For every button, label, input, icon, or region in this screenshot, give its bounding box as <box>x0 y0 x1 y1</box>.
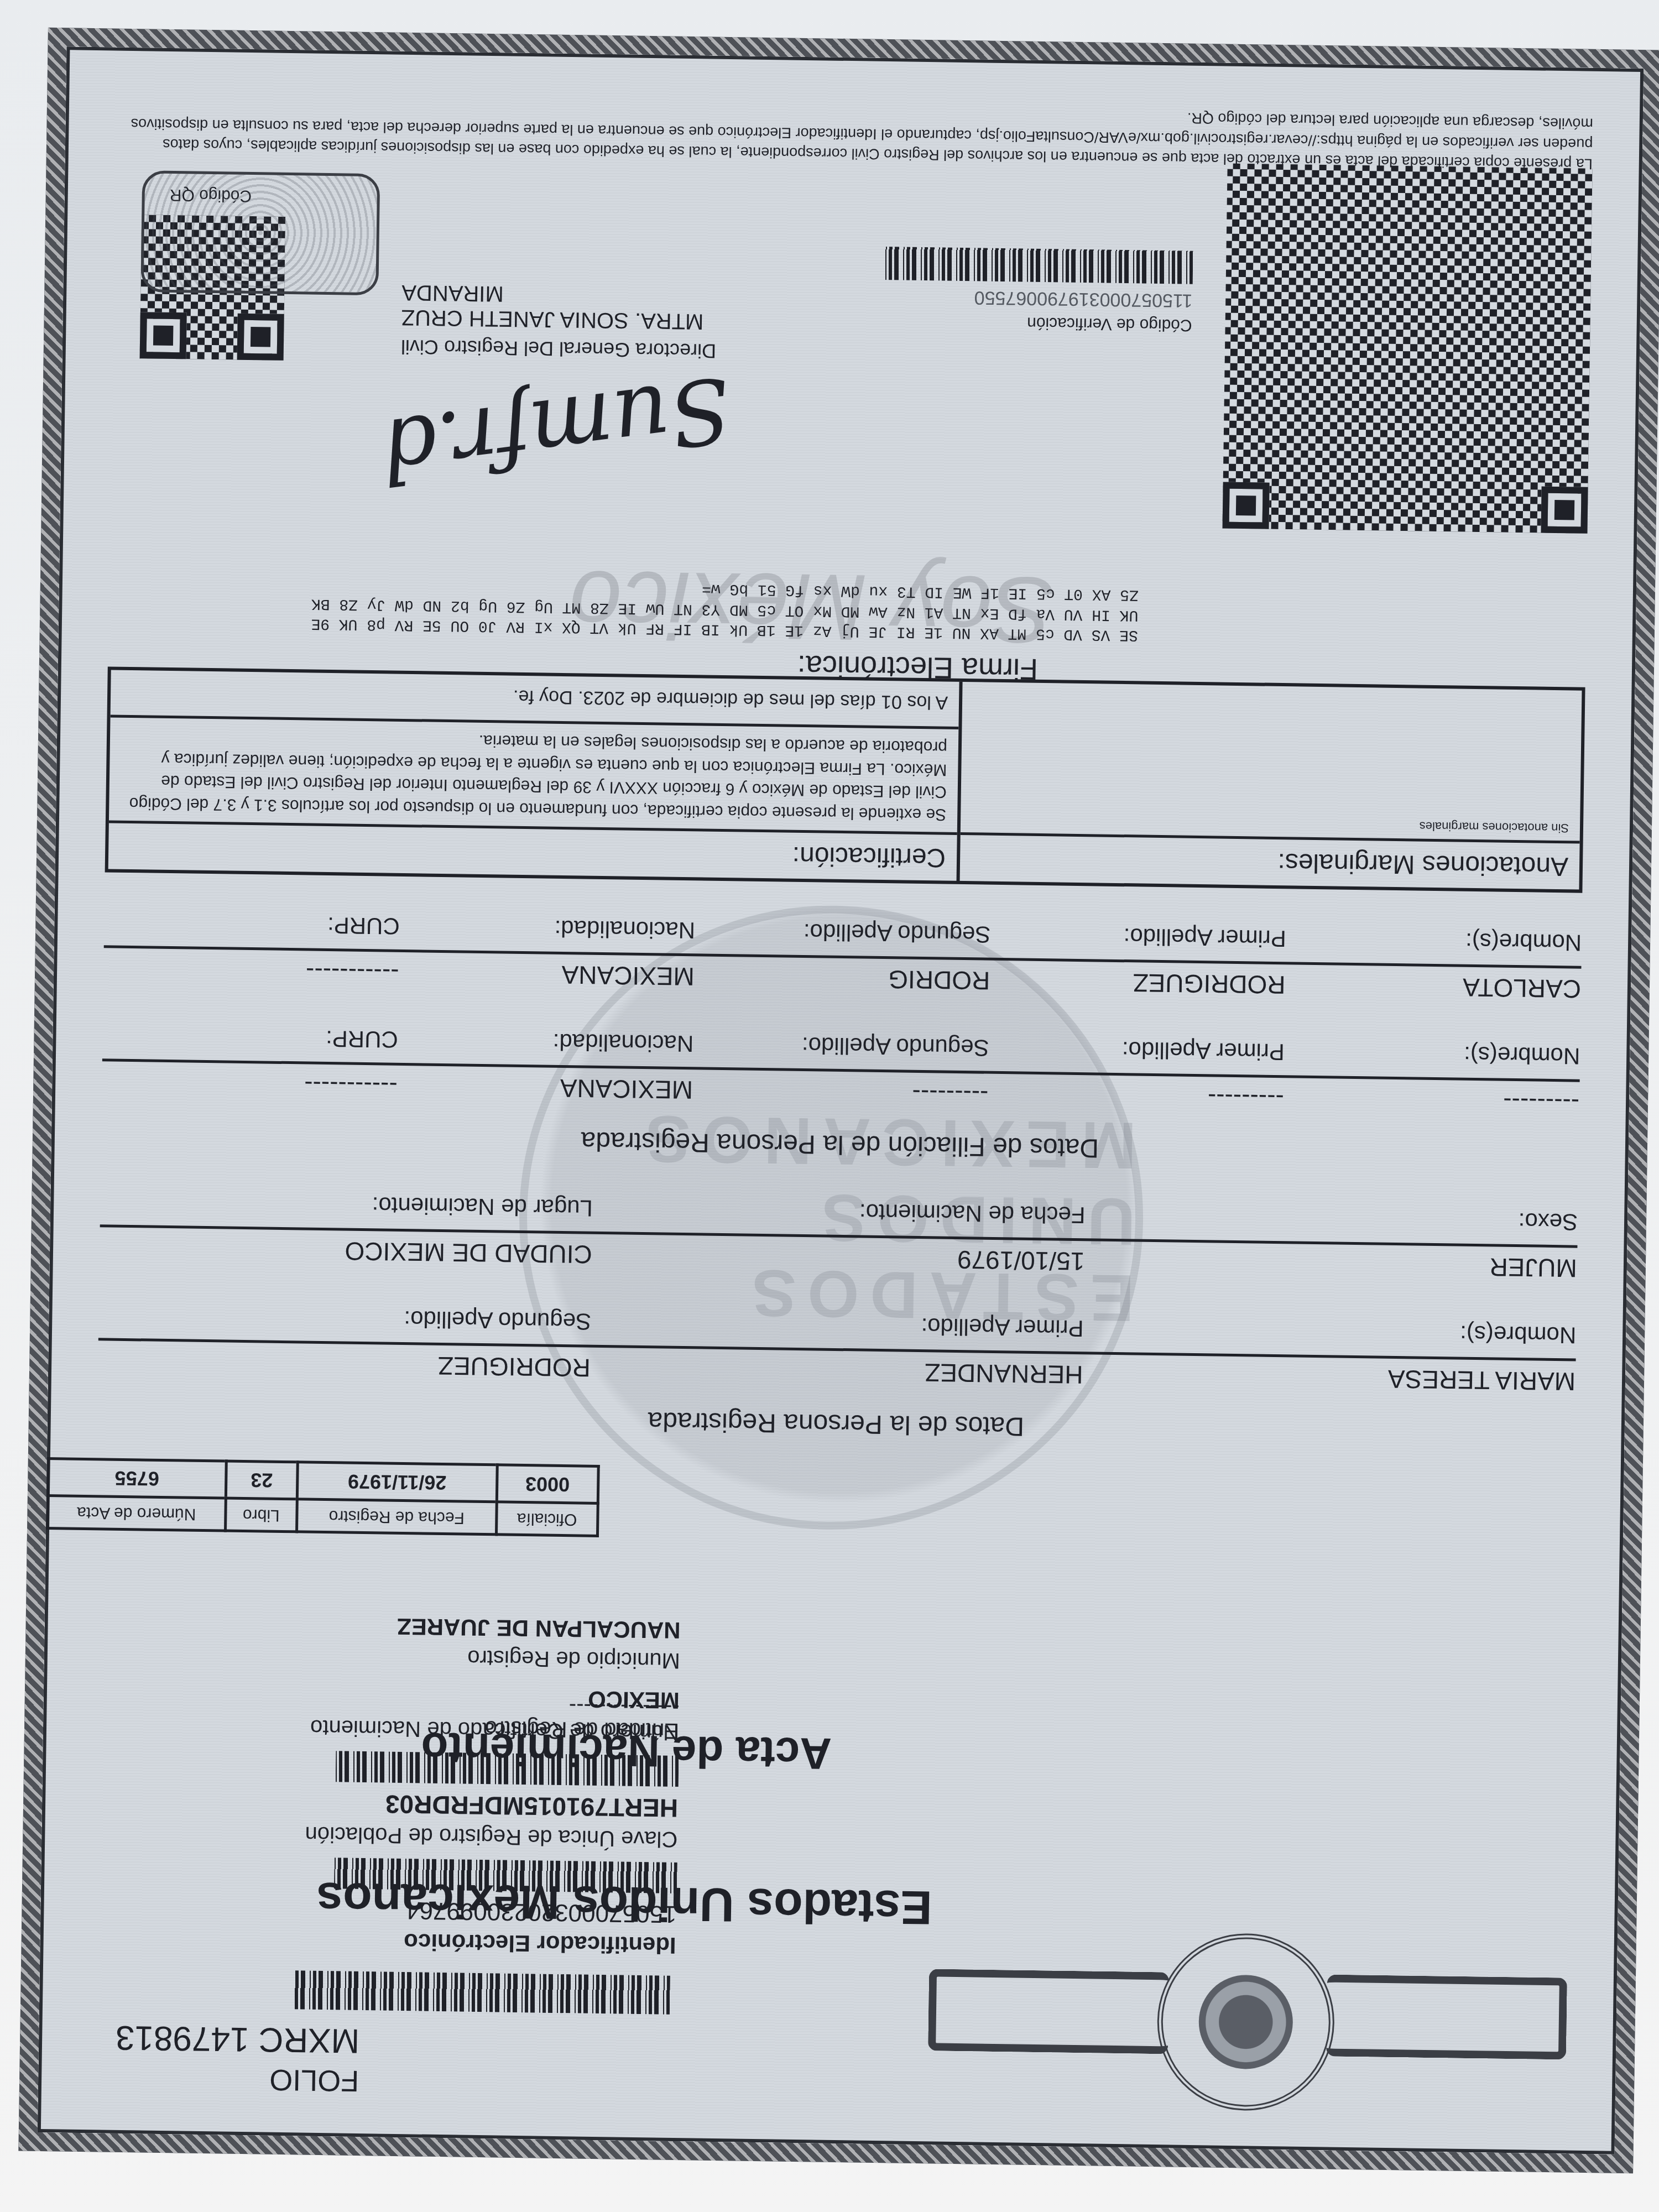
municipality-value: NAUCALPAN DE JUAREZ <box>44 1608 681 1644</box>
birth-certificate-sheet: ESTADOS UNIDOS MEXICANOS Soy México FOLI… <box>18 28 1659 2173</box>
annotations-box: Anotaciones Marginales: Sin anotaciones … <box>105 666 1585 893</box>
person-lugar-nacimiento: CIUDAD DE MEXICO <box>100 1233 592 1269</box>
coat-of-arms-icon <box>1156 1932 1335 2111</box>
table-header: Número de Acta <box>48 1496 226 1531</box>
person-primer-apellido: HERNANDEZ <box>590 1353 1083 1390</box>
folio-value: MXRC 1479813 <box>88 2017 360 2060</box>
person-fecha-nacimiento: 15/10/1979 <box>592 1240 1084 1276</box>
parent1-nacionalidad: MEXICANA <box>397 1071 693 1105</box>
parent2-segundo-apellido: RODRIG <box>695 962 990 995</box>
nombres-label: Nombre(s): <box>1285 1039 1580 1069</box>
person-sexo: MUJER <box>1084 1246 1577 1283</box>
nacionalidad-label: Nacionalidad: <box>398 1026 694 1057</box>
electronic-id-barcode-icon <box>334 1858 677 1893</box>
table-cell: 23 <box>226 1461 298 1499</box>
table-header: Oficialía <box>496 1502 598 1536</box>
legal-footer: La presente copia certificada del acta e… <box>115 93 1593 174</box>
table-cell: 0003 <box>497 1465 598 1504</box>
segundo-apellido-label: Segundo Apellido: <box>693 1030 989 1061</box>
director-name: MTRA. SONIA JANETH CRUZ MIRANDA <box>401 280 733 334</box>
verification-qr-code-icon <box>1223 164 1593 534</box>
certificacion-text: Se extiende la presente copia certificad… <box>109 714 959 832</box>
handwritten-signature-icon: Sumfr.d <box>395 357 737 501</box>
curp-label: CURP: <box>102 1022 398 1052</box>
curp-label: CURP: <box>104 909 400 939</box>
signature-block: Sumfr.d Directora General Del Registro C… <box>399 280 734 483</box>
parent1-segundo-apellido: --------- <box>693 1075 989 1109</box>
nombres-label: Nombre(s): <box>1083 1315 1576 1348</box>
registration-table: Oficialía Fecha de Registro Libro Número… <box>46 1457 600 1537</box>
entity-value: MEXICO <box>44 1678 680 1714</box>
firma-code: SE VS VD c5 MT AX NU 1E RI JE Uj Az 1E 1… <box>309 572 1139 644</box>
table-cell: 26/11/1979 <box>297 1462 497 1502</box>
person-section: Datos de la Persona Registrada MARIA TER… <box>97 870 1582 1457</box>
electronic-signature-block: Firma Electrónica: SE VS VD c5 MT AX NU … <box>142 570 1139 687</box>
segundo-apellido-label: Segundo Apellido: <box>98 1301 591 1334</box>
lugar-nacimiento-label: Lugar de Nacimiento: <box>100 1188 593 1221</box>
curp-value: HERT791015MDFRDR03 <box>42 1785 679 1823</box>
nacionalidad-label: Nacionalidad: <box>399 913 695 943</box>
segundo-apellido-label: Segundo Apellido: <box>695 917 991 947</box>
curp-barcode-icon <box>336 1751 679 1787</box>
person-nombres: MARIA TERESA <box>1083 1360 1575 1396</box>
parent2-nombres: CARLOTA <box>1285 970 1581 1004</box>
person-segundo-apellido: RODRIGUEZ <box>98 1346 591 1383</box>
table-header: Libro <box>225 1498 297 1532</box>
primer-apellido-label: Primer Apellido: <box>989 1035 1285 1065</box>
holographic-stamp-icon <box>140 170 380 295</box>
primer-apellido-label: Primer Apellido: <box>990 921 1286 952</box>
electronic-id-value: 15057000320230099764 <box>40 1891 677 1928</box>
parent2-curp: ----------- <box>103 953 399 987</box>
primer-apellido-label: Primer Apellido: <box>591 1308 1084 1342</box>
eagle-icon <box>1198 1974 1293 2069</box>
curp-label: Clave Única de Registro de Población <box>41 1818 678 1851</box>
folio-label: FOLIO <box>88 2060 359 2098</box>
table-cell: 6755 <box>48 1459 226 1498</box>
decorative-border-icon <box>928 1969 1169 2054</box>
verification-value: 115057000319790067550 <box>750 284 1192 311</box>
verification-label: Código de Verificación <box>749 310 1192 335</box>
parent1-curp: ----------- <box>102 1067 398 1100</box>
table-header: Fecha de Registro <box>297 1499 497 1535</box>
folio-barcode-icon <box>294 1970 670 2014</box>
verification-block: Código de Verificación 11505700031979006… <box>749 245 1193 335</box>
parent1-primer-apellido: --------- <box>988 1079 1284 1113</box>
parent2-primer-apellido: RODRIGUEZ <box>990 966 1286 1000</box>
sexo-label: Sexo: <box>1085 1202 1578 1235</box>
parents-section-title: Datos de Filiación de la Persona Registr… <box>101 1119 1579 1170</box>
municipality-label: Municipio de Registro <box>44 1639 681 1673</box>
director-title: Directora General Del Registro Civil <box>401 335 733 363</box>
decorative-border-icon <box>1326 1974 1567 2059</box>
parent2-nacionalidad: MEXICANA <box>399 958 695 992</box>
verification-barcode-icon <box>883 247 1193 284</box>
nombres-label: Nombre(s): <box>1286 925 1582 956</box>
marginales-title: Anotaciones Marginales: <box>960 832 1580 890</box>
registration-block: Entidad de Registro MEXICO Municipio de … <box>43 1594 681 1743</box>
fecha-nacimiento-label: Fecha de Nacimiento: <box>593 1195 1086 1228</box>
parent1-nombres: --------- <box>1284 1083 1579 1117</box>
folio-block: FOLIO MXRC 1479813 <box>88 1968 670 2108</box>
person-section-title: Datos de la Persona Registrada <box>97 1398 1575 1449</box>
